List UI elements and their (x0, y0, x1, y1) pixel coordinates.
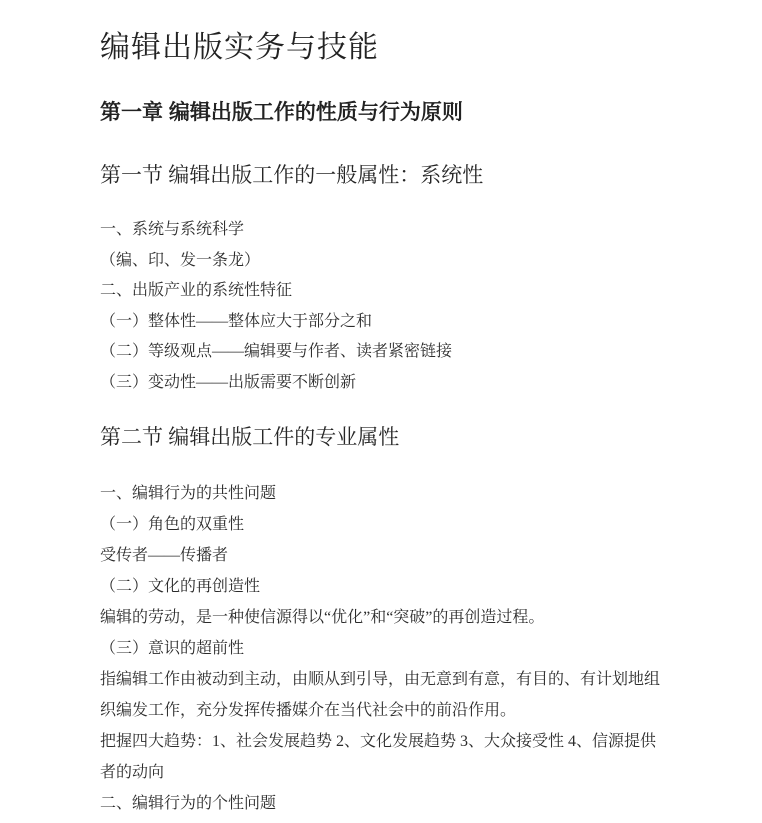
text-line: （一）整体性——整体应大于部分之和 (100, 307, 700, 338)
section-1-body: 一、系统与系统科学 （编、印、发一条龙） 二、出版产业的系统性特征 （一）整体性… (100, 215, 700, 398)
text-line: 者的动向 (100, 757, 700, 788)
text-line: 织编发工作，充分发挥传播媒介在当代社会中的前沿作用。 (100, 695, 700, 726)
text-line: （三）变动性——出版需要不断创新 (100, 368, 700, 399)
text-line: 指编辑工作由被动到主动，由顺从到引导，由无意到有意，有目的、有计划地组 (100, 664, 700, 695)
section-1-heading: 第一节 编辑出版工作的一般属性：系统性 (100, 158, 483, 192)
text-line: 二、编辑行为的个性问题 (100, 788, 700, 819)
document-page: 编辑出版实务与技能 第一章 编辑出版工作的性质与行为原则 第一节 编辑出版工作的… (0, 0, 762, 823)
text-line: （三）意识的超前性 (100, 633, 700, 664)
text-line: 一、系统与系统科学 (100, 215, 700, 246)
text-line: 把握四大趋势：1、社会发展趋势 2、文化发展趋势 3、大众接受性 4、信源提供 (100, 726, 700, 757)
text-line: （二）文化的再创造性 (100, 571, 700, 602)
section-2-heading: 第二节 编辑出版工件的专业属性 (100, 420, 399, 454)
text-line: （编、印、发一条龙） (100, 246, 700, 277)
text-line: 受传者——传播者 (100, 540, 700, 571)
text-line: （二）等级观点——编辑要与作者、读者紧密链接 (100, 337, 700, 368)
document-title: 编辑出版实务与技能 (100, 28, 379, 68)
section-2-body: 一、编辑行为的共性问题 （一）角色的双重性 受传者——传播者 （二）文化的再创造… (100, 478, 700, 819)
text-line: 二、出版产业的系统性特征 (100, 276, 700, 307)
text-line: （一）角色的双重性 (100, 509, 700, 540)
text-line: 一、编辑行为的共性问题 (100, 478, 700, 509)
chapter-heading: 第一章 编辑出版工作的性质与行为原则 (100, 96, 463, 130)
text-line: 编辑的劳动，是一种使信源得以“优化”和“突破”的再创造过程。 (100, 602, 700, 633)
